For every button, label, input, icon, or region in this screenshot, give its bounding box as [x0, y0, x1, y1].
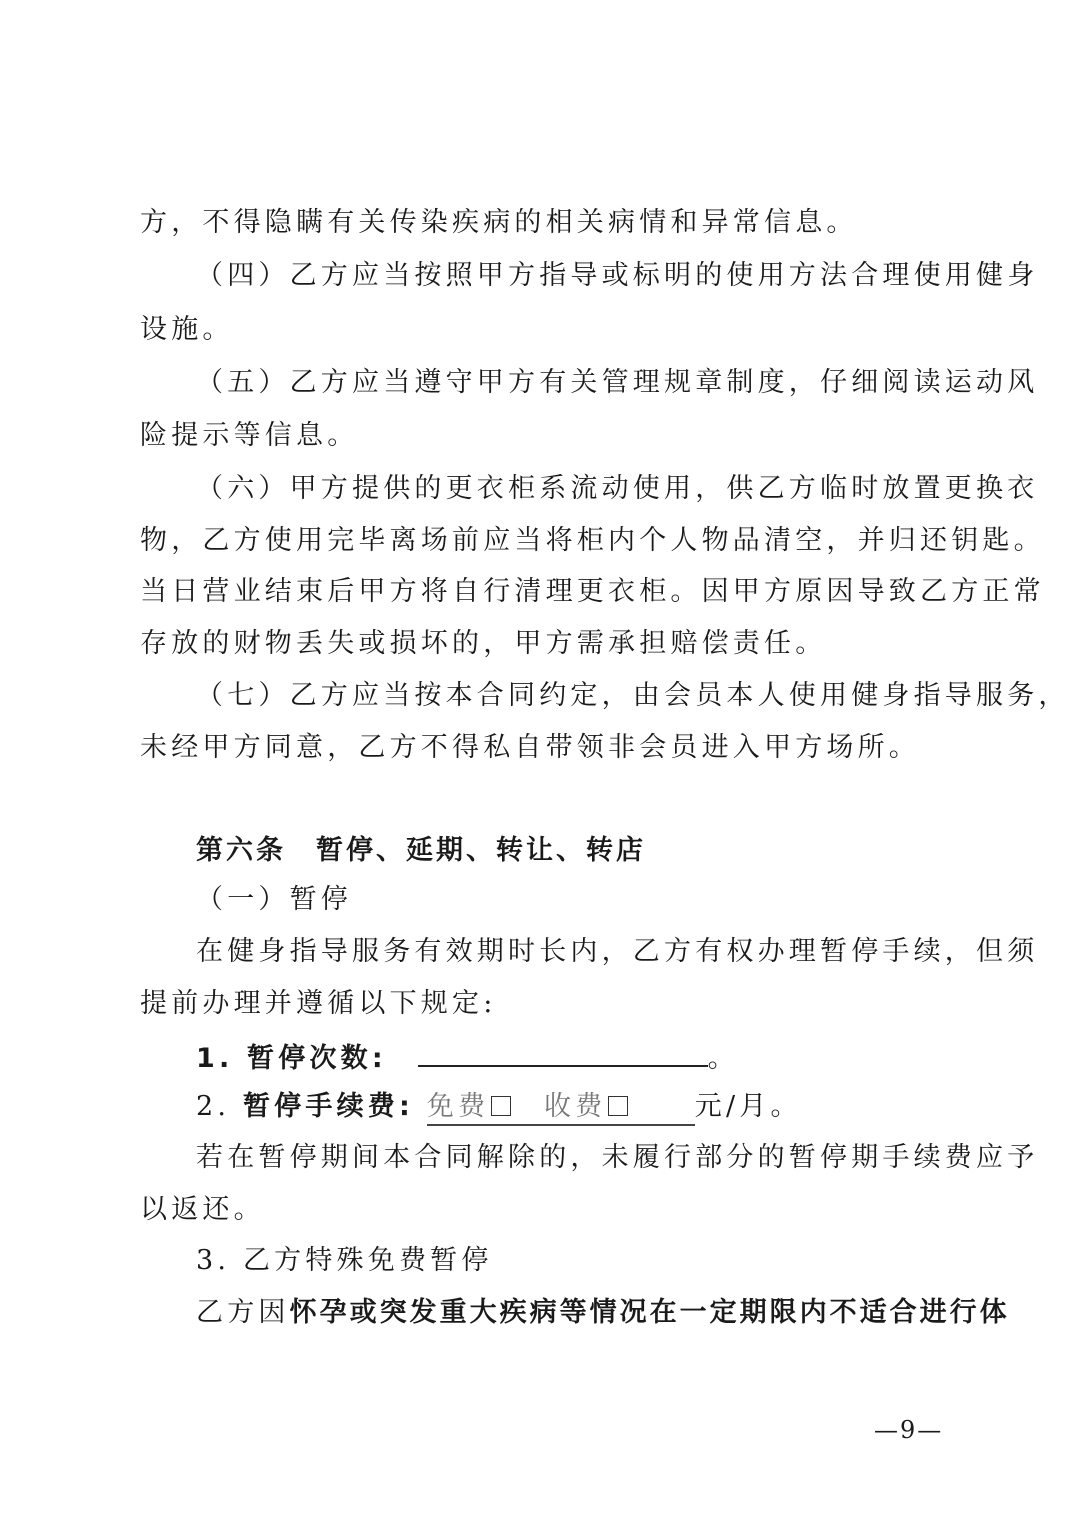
paragraph-prefix: 乙方因	[196, 1297, 290, 1328]
clause-7-line: （七）乙方应当按本合同约定，由会员本人使用健身指导服务，	[196, 679, 1070, 713]
pause-fee-item: 2. 暂停手续费: 免费 收费 元/月。	[196, 1090, 802, 1126]
paragraph-line: 若在暂停期间本合同解除的，未履行部分的暂停期手续费应予	[196, 1141, 1038, 1175]
special-pause-item: 3. 乙方特殊免费暂停	[196, 1244, 493, 1278]
subsection-heading: （一）暂停	[196, 883, 352, 917]
paragraph-line: 方，不得隐瞒有关传染疾病的相关病情和异常信息。	[140, 206, 858, 240]
page-number: —9—	[874, 1416, 943, 1444]
paid-checkbox[interactable]	[608, 1096, 628, 1116]
fee-unit: 元/月。	[695, 1091, 802, 1122]
paragraph-line: 以返还。	[140, 1193, 265, 1227]
paragraph-line: 当日营业结束后甲方将自行清理更衣柜。因甲方原因导致乙方正常	[140, 575, 1045, 609]
clause-5-line: （五）乙方应当遵守甲方有关管理规章制度，仔细阅读运动风	[196, 366, 1038, 400]
paragraph-line: 乙方因怀孕或突发重大疾病等情况在一定期限内不适合进行体	[196, 1296, 1010, 1330]
article-heading: 第六条 暂停、延期、转让、转店	[196, 834, 646, 868]
option-free-label: 免费	[427, 1091, 489, 1122]
pause-count-item: 1. 暂停次数: 。	[196, 1039, 739, 1076]
paragraph-line: 设施。	[140, 313, 234, 347]
option-paid-label: 收费	[544, 1091, 606, 1122]
pause-fee-number: 2.	[196, 1091, 230, 1122]
paragraph-line: 未经甲方同意，乙方不得私自带领非会员进入甲方场所。	[140, 731, 920, 765]
free-checkbox[interactable]	[491, 1096, 511, 1116]
pause-count-field[interactable]	[418, 1039, 708, 1067]
pause-fee-field[interactable]: 免费 收费	[427, 1090, 695, 1126]
paragraph-line: 险提示等信息。	[140, 419, 358, 453]
pause-count-suffix: 。	[708, 1043, 739, 1074]
clause-6-line: （六）甲方提供的更衣柜系流动使用，供乙方临时放置更换衣	[196, 472, 1038, 506]
emphasized-text: 怀孕或突发重大疾病等情况在一定期限内不适合进行体	[290, 1297, 1010, 1328]
pause-count-label: 1. 暂停次数:	[196, 1043, 387, 1074]
paragraph-line: 在健身指导服务有效期时长内，乙方有权办理暂停手续，但须	[196, 935, 1038, 969]
paragraph-line: 提前办理并遵循以下规定:	[140, 987, 497, 1021]
paragraph-line: 存放的财物丢失或损坏的，甲方需承担赔偿责任。	[140, 627, 826, 661]
pause-fee-label: 暂停手续费:	[243, 1091, 414, 1122]
clause-4-line: （四）乙方应当按照甲方指导或标明的使用方法合理使用健身	[196, 259, 1038, 293]
paragraph-line: 物，乙方使用完毕离场前应当将柜内个人物品清空，并归还钥匙。	[140, 524, 1045, 558]
